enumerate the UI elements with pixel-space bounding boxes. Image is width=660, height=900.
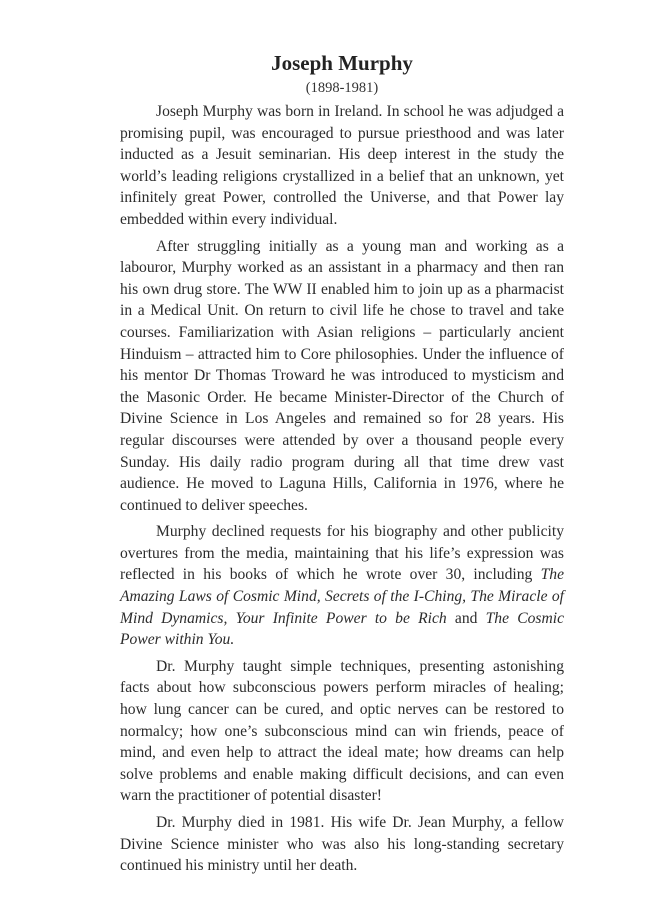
paragraph-teachings: Dr. Murphy taught simple techniques, pre…: [120, 656, 564, 807]
paragraph-text: Dr. Murphy taught simple techniques, pre…: [120, 658, 564, 805]
paragraph-text: Dr. Murphy died in 1981. His wife Dr. Je…: [120, 814, 564, 874]
paragraph-text: Joseph Murphy was born in Ireland. In sc…: [120, 103, 564, 228]
paragraph-text: Murphy declined requests for his biograp…: [120, 523, 564, 583]
biography-body: Joseph Murphy was born in Ireland. In sc…: [120, 101, 564, 877]
paragraph-birth-education: Joseph Murphy was born in Ireland. In sc…: [120, 101, 564, 231]
paragraph-death: Dr. Murphy died in 1981. His wife Dr. Je…: [120, 812, 564, 877]
life-dates: (1898-1981): [120, 78, 564, 98]
page-title: Joseph Murphy: [120, 50, 564, 76]
paragraph-career: After struggling initially as a young ma…: [120, 236, 564, 517]
paragraph-books: Murphy declined requests for his biograp…: [120, 521, 564, 651]
paragraph-text: and: [447, 610, 486, 627]
paragraph-text: After struggling initially as a young ma…: [120, 238, 564, 514]
document-page: Joseph Murphy (1898-1981) Joseph Murphy …: [120, 50, 564, 882]
